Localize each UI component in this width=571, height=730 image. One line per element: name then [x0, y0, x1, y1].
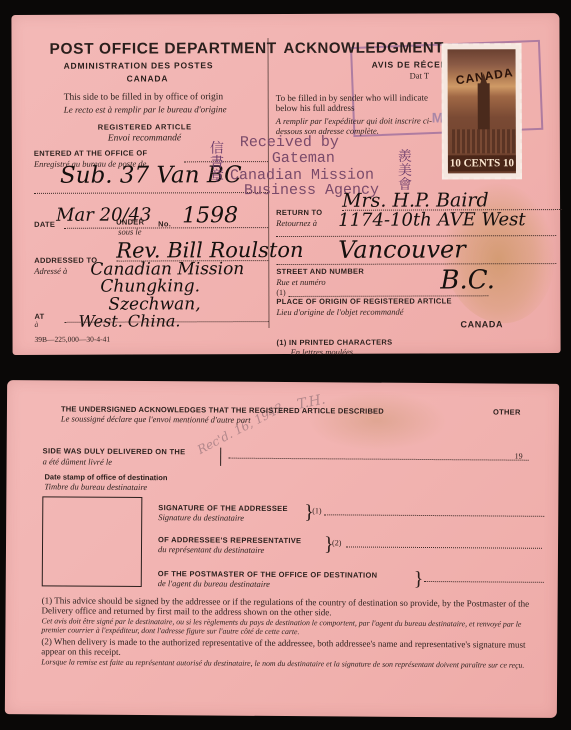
registration-number: 1598 — [182, 203, 238, 228]
printed-characters-label: (1) IN PRINTED CHARACTERS — [277, 338, 393, 347]
post-office-title: POST OFFICE DEPARTMENT — [49, 40, 276, 59]
typed-stamp-line-1: Received by — [240, 134, 339, 151]
origin-instruction-en: This side to be filled in by office of o… — [64, 92, 223, 103]
number-label: No. — [158, 219, 171, 228]
note-1-en: (1) This advice should be signed by the … — [42, 596, 542, 618]
place-of-origin-value: CANADA — [460, 319, 503, 329]
form-code: 39B—225,000—30-4-41 — [35, 335, 111, 344]
return-city: Vancouver — [338, 235, 466, 263]
note-1-fr: Cet avis doit être signé par le destinat… — [41, 617, 546, 638]
entered-office-line-2 — [34, 192, 268, 194]
representative-line — [346, 546, 542, 548]
under-fr: sous le — [118, 227, 141, 237]
registered-article-fr: Envoi recommandé — [108, 133, 181, 143]
signature-marker: (1) — [312, 506, 321, 515]
addressed-to-label: ADDRESSED TO — [34, 256, 97, 265]
chinese-chop-right: 羨美會 — [396, 149, 412, 191]
return-to-fr: Retournez à — [276, 218, 317, 228]
parliament-building-icon — [452, 129, 516, 153]
date-stamp-fr: Timbre du bureau destinataire — [44, 481, 147, 492]
note-2-en: (2) When delivery is made to the authori… — [41, 637, 541, 659]
printed-characters-fr: En lettres moulées — [291, 347, 354, 357]
undersigned-fr: Le soussigné déclare que l'envoi mention… — [61, 413, 251, 424]
typed-stamp-line-2: Gateman — [272, 150, 335, 167]
note-2-fr: Lorsque la remise est faite au représent… — [41, 658, 546, 670]
post-office-subtitle: ADMINISTRATION DES POSTES — [64, 60, 214, 71]
place-of-origin-label: PLACE OF ORIGIN OF REGISTERED ARTICLE — [276, 296, 451, 306]
sender-instruction-en: To be filled in by sender who will indic… — [276, 92, 446, 113]
entered-office-label: ENTERED AT THE OFFICE OF — [34, 148, 147, 157]
postmaster-fr: de l'agent du bureau destinataire — [158, 578, 270, 589]
at-label: ATà — [34, 313, 44, 329]
delivered-on-label: SIDE WAS DULY DELIVERED ON THE — [43, 446, 186, 456]
origin-instruction-fr: Le recto est à remplir par le bureau d'o… — [64, 104, 227, 115]
street-number-label: STREET AND NUMBER — [276, 267, 364, 276]
year-prefix: 19 — [515, 452, 523, 461]
signature-addressee-line — [324, 514, 544, 517]
place-of-origin-fr: Lieu d'origine de l'objet recommandé — [276, 307, 403, 317]
return-province: B.C. — [440, 265, 495, 295]
undersigned-other: OTHER — [493, 407, 521, 416]
date-stamp-box — [42, 496, 143, 587]
representative-marker: (2) — [332, 538, 341, 547]
representative-fr: du représentant du destinataire — [158, 544, 264, 555]
addressed-to-fr: Adressé à — [34, 266, 67, 276]
peace-tower-icon — [478, 83, 490, 131]
stamp-value: 10 CENTS 10 — [448, 155, 516, 171]
signature-addressee-fr: Signature du destinataire — [158, 512, 244, 523]
return-to-label: RETURN TO — [276, 208, 322, 217]
chinese-chop-left: 信書章 — [208, 140, 224, 182]
street-number-fr: Rue et numéro — [276, 277, 325, 287]
stamp-image: CANADA 10 CENTS 10 — [448, 49, 516, 173]
postage-stamp: CANADA 10 CENTS 10 — [442, 43, 522, 179]
footnote-marker: (1) — [276, 288, 285, 297]
card-front: MAR 22 1943 POST OFFICE DEPARTMENT ADMIN… — [11, 13, 560, 355]
delivered-on-fr: a été dûment livré le — [43, 456, 112, 466]
post-office-country: CANADA — [127, 73, 169, 83]
delivered-date-line — [229, 458, 529, 461]
date-stub: Dat T — [410, 71, 429, 80]
back-stain — [307, 390, 447, 451]
registered-article-label: REGISTERED ARTICLE — [98, 122, 192, 131]
card-back: T.H. Rec'd. 16, 1943 THE UNDERSIGNED ACK… — [5, 380, 559, 718]
postmaster-brace: } — [414, 569, 424, 589]
return-street: 1174-10th AVE West — [338, 209, 526, 231]
delivered-brace: | — [219, 446, 223, 466]
acknowledgment-title: ACKNOWLEDGMENT — [283, 39, 443, 57]
postmaster-line — [424, 581, 544, 583]
date-label: DATE — [34, 220, 55, 229]
under-label: UNDER — [116, 217, 144, 226]
